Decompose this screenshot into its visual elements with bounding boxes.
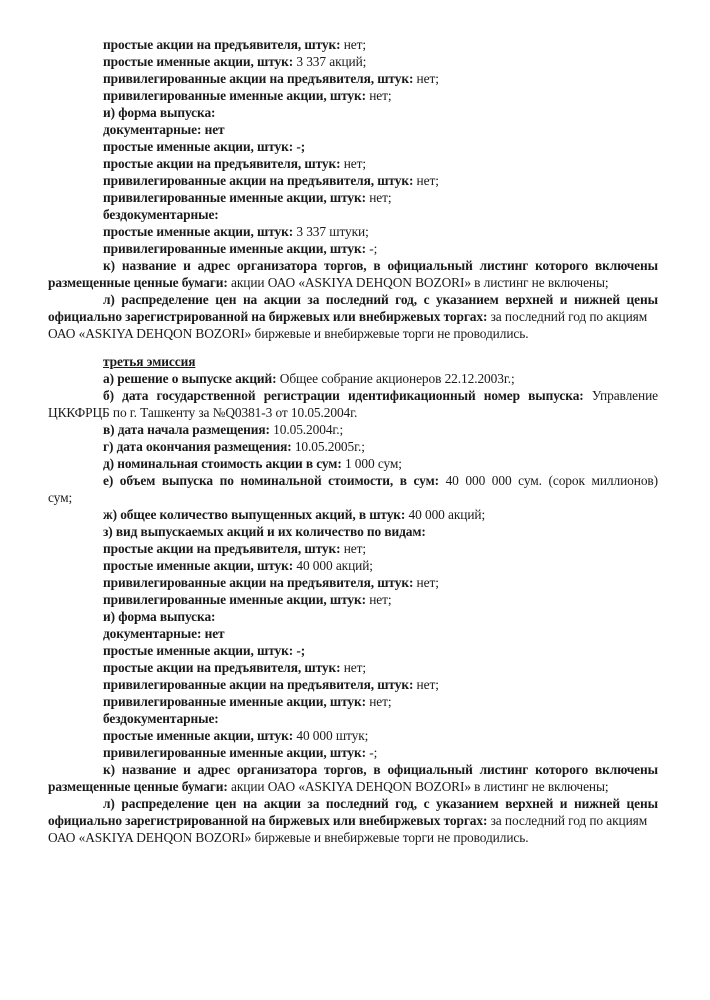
text-line: а) решение о выпуске акций: Общее собран… (103, 370, 515, 387)
text-line: привилегированные именные акции, штук: н… (103, 591, 392, 608)
text-line: простые именные акции, штук: 40 000 штук… (103, 727, 368, 744)
text-line: и) форма выпуска: (103, 608, 215, 625)
text-line: привилегированные акции на предъявителя,… (103, 676, 439, 693)
text-line: размещенные ценные бумаги: акции ОАО «AS… (48, 274, 609, 291)
text-line: к) название и адрес организатора торгов,… (103, 257, 658, 274)
text-line: е) объем выпуска по номинальной стоимост… (103, 472, 658, 489)
text-line: и) форма выпуска: (103, 104, 215, 121)
text-line: привилегированные акции на предъявителя,… (103, 574, 439, 591)
text-line: простые именные акции, штук: 40 000 акци… (103, 557, 373, 574)
text-line: ОАО «ASKIYA DEHQON BOZORI» биржевые и вн… (48, 325, 529, 342)
text-line: простые акции на предъявителя, штук: нет… (103, 540, 366, 557)
text-line: простые именные акции, штук: 3 337 штуки… (103, 223, 369, 240)
text-line: размещенные ценные бумаги: акции ОАО «AS… (48, 778, 609, 795)
text-line: официально зарегистрированной на биржевы… (48, 308, 647, 325)
text-line: привилегированные именные акции, штук: н… (103, 189, 392, 206)
text-line: простые акции на предъявителя, штук: нет… (103, 659, 366, 676)
text-line: простые акции на предъявителя, штук: нет… (103, 155, 366, 172)
text-line: ж) общее количество выпущенных акций, в … (103, 506, 485, 523)
text-line: в) дата начала размещения: 10.05.2004г.; (103, 421, 343, 438)
text-line: д) номинальная стоимость акции в сум: 1 … (103, 455, 402, 472)
text-line: з) вид выпускаемых акций и их количество… (103, 523, 426, 540)
text-line: ОАО «ASKIYA DEHQON BOZORI» биржевые и вн… (48, 829, 529, 846)
section-subtitle: третья эмиссия (103, 353, 195, 370)
text-line: официально зарегистрированной на биржевы… (48, 812, 647, 829)
text-line: простые именные акции, штук: 3 337 акций… (103, 53, 366, 70)
text-line: л) распределение цен на акции за последн… (103, 795, 658, 812)
text-line: ЦККФРЦБ по г. Ташкенту за №Q0381-3 от 10… (48, 404, 357, 421)
text-line: привилегированные именные акции, штук: н… (103, 87, 392, 104)
text-line: к) название и адрес организатора торгов,… (103, 761, 658, 778)
text-line: простые именные акции, штук: -; (103, 642, 305, 659)
text-line: л) распределение цен на акции за последн… (103, 291, 658, 308)
text-line: привилегированные акции на предъявителя,… (103, 172, 439, 189)
text-line: привилегированные акции на предъявителя,… (103, 70, 439, 87)
text-line: привилегированные именные акции, штук: -… (103, 744, 377, 761)
text-line: документарные: нет (103, 625, 225, 642)
text-line: б) дата государственной регистрации иден… (103, 387, 658, 404)
text-line: привилегированные именные акции, штук: -… (103, 240, 377, 257)
text-line: простые акции на предъявителя, штук: нет… (103, 36, 366, 53)
text-line: документарные: нет (103, 121, 225, 138)
text-line: привилегированные именные акции, штук: н… (103, 693, 392, 710)
text-line: г) дата окончания размещения: 10.05.2005… (103, 438, 365, 455)
text-line: простые именные акции, штук: -; (103, 138, 305, 155)
text-line: бездокументарные: (103, 710, 219, 727)
text-line: бездокументарные: (103, 206, 219, 223)
document-page: простые акции на предъявителя, штук: нет… (0, 0, 710, 1000)
text-line: сум; (48, 489, 72, 506)
